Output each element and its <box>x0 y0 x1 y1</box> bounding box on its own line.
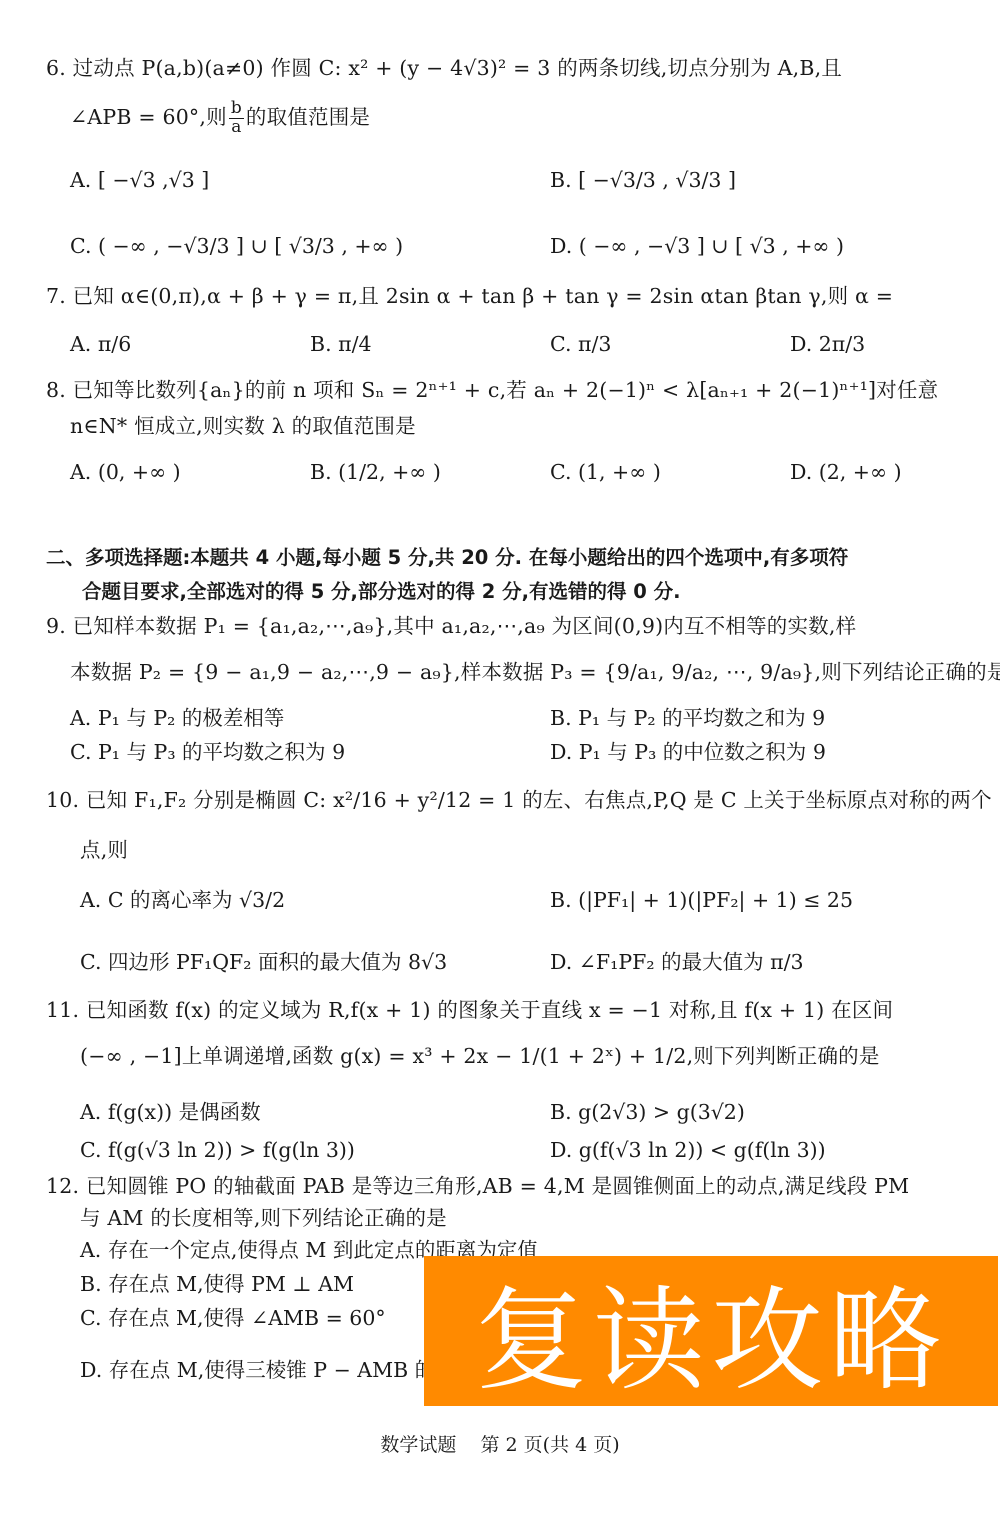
section2-header-line1: 二、多项选择题:本题共 4 小题,每小题 5 分,共 20 分. 在每小题给出的… <box>46 548 848 568</box>
q6-option-b: B. [ −√3/3 , √3/3 ] <box>550 170 736 191</box>
q9-stem-line1: 9. 已知样本数据 P₁ = {a₁,a₂,⋯,a₉},其中 a₁,a₂,⋯,a… <box>46 616 856 637</box>
q7-option-d: D. 2π/3 <box>790 334 865 355</box>
q6-stem-post: 的取值范围是 <box>246 105 370 129</box>
q11-option-c: C. f(g(√3 ln 2)) > f(g(ln 3)) <box>80 1140 355 1161</box>
q7-option-a: A. π/6 <box>70 334 131 355</box>
q8-option-b: B. (1/2, +∞ ) <box>310 462 441 483</box>
q12-option-c: C. 存在点 M,使得 ∠AMB = 60° <box>80 1308 386 1329</box>
q6-fraction: ba <box>229 100 244 137</box>
q7-stem: 7. 已知 α∈(0,π),α + β + γ = π,且 2sin α + t… <box>46 286 893 307</box>
q10-option-d: D. ∠F₁PF₂ 的最大值为 π/3 <box>550 952 804 973</box>
q10-option-b: B. (|PF₁| + 1)(|PF₂| + 1) ≤ 25 <box>550 890 853 911</box>
q6-stem-line2: ∠APB = 60°,则ba的取值范围是 <box>70 100 370 137</box>
q12-option-d: D. 存在点 M,使得三棱锥 P − AMB 的 <box>80 1360 435 1381</box>
q9-option-c: C. P₁ 与 P₃ 的平均数之积为 9 <box>70 742 345 763</box>
q6-option-c: C. ( −∞ , −√3/3 ] ∪ [ √3/3 , +∞ ) <box>70 236 403 257</box>
q8-stem-line2: n∈N* 恒成立,则实数 λ 的取值范围是 <box>70 416 416 437</box>
q8-option-c: C. (1, +∞ ) <box>550 462 661 483</box>
q11-option-b: B. g(2√3) > g(3√2) <box>550 1102 745 1123</box>
q10-stem-line1: 10. 已知 F₁,F₂ 分别是椭圆 C: x²/16 + y²/12 = 1 … <box>46 790 992 811</box>
q6-frac-den: a <box>229 119 244 137</box>
watermark-text: 复读攻略 <box>475 1251 947 1412</box>
section2-header-line2: 合题目要求,全部选对的得 5 分,部分选对的得 2 分,有选错的得 0 分. <box>82 582 681 602</box>
q8-option-d: D. (2, +∞ ) <box>790 462 902 483</box>
q10-option-a: A. C 的离心率为 √3/2 <box>80 890 285 911</box>
q8-stem-line1: 8. 已知等比数列{aₙ}的前 n 项和 Sₙ = 2ⁿ⁺¹ + c,若 aₙ … <box>46 380 938 401</box>
exam-page: 6. 过动点 P(a,b)(a≠0) 作圆 C: x² + (y − 4√3)²… <box>0 0 1000 1514</box>
q7-option-c: C. π/3 <box>550 334 611 355</box>
q9-option-a: A. P₁ 与 P₂ 的极差相等 <box>70 708 284 729</box>
q12-stem-line1: 12. 已知圆锥 PO 的轴截面 PAB 是等边三角形,AB = 4,M 是圆锥… <box>46 1176 909 1197</box>
watermark-banner: 复读攻略 <box>424 1256 998 1406</box>
q11-option-d: D. g(f(√3 ln 2)) < g(f(ln 3)) <box>550 1140 826 1161</box>
q11-stem-line2: (−∞ , −1]上单调递增,函数 g(x) = x³ + 2x − 1/(1 … <box>80 1046 880 1067</box>
q11-option-a: A. f(g(x)) 是偶函数 <box>80 1102 261 1123</box>
q6-stem-line1: 6. 过动点 P(a,b)(a≠0) 作圆 C: x² + (y − 4√3)²… <box>46 58 842 79</box>
q9-option-d: D. P₁ 与 P₃ 的中位数之积为 9 <box>550 742 826 763</box>
q6-option-d: D. ( −∞ , −√3 ] ∪ [ √3 , +∞ ) <box>550 236 844 257</box>
q6-option-a: A. [ −√3 ,√3 ] <box>70 170 209 191</box>
q8-option-a: A. (0, +∞ ) <box>70 462 181 483</box>
page-footer: 数学试题 第 2 页(共 4 页) <box>0 1430 1000 1457</box>
q12-stem-line2: 与 AM 的长度相等,则下列结论正确的是 <box>80 1208 447 1229</box>
q6-stem-pre: ∠APB = 60°,则 <box>70 105 227 129</box>
q12-option-b: B. 存在点 M,使得 PM ⊥ AM <box>80 1274 354 1295</box>
q9-option-b: B. P₁ 与 P₂ 的平均数之和为 9 <box>550 708 825 729</box>
q7-option-b: B. π/4 <box>310 334 372 355</box>
q6-stem-text: 6. 过动点 P(a,b)(a≠0) 作圆 C: x² + (y − 4√3)²… <box>46 56 842 80</box>
q10-stem-line2: 点,则 <box>80 840 128 861</box>
q10-option-c: C. 四边形 PF₁QF₂ 面积的最大值为 8√3 <box>80 952 447 973</box>
q9-stem-line2: 本数据 P₂ = {9 − a₁,9 − a₂,⋯,9 − a₉},样本数据 P… <box>70 662 1000 683</box>
q11-stem-line1: 11. 已知函数 f(x) 的定义域为 R,f(x + 1) 的图象关于直线 x… <box>46 1000 893 1021</box>
